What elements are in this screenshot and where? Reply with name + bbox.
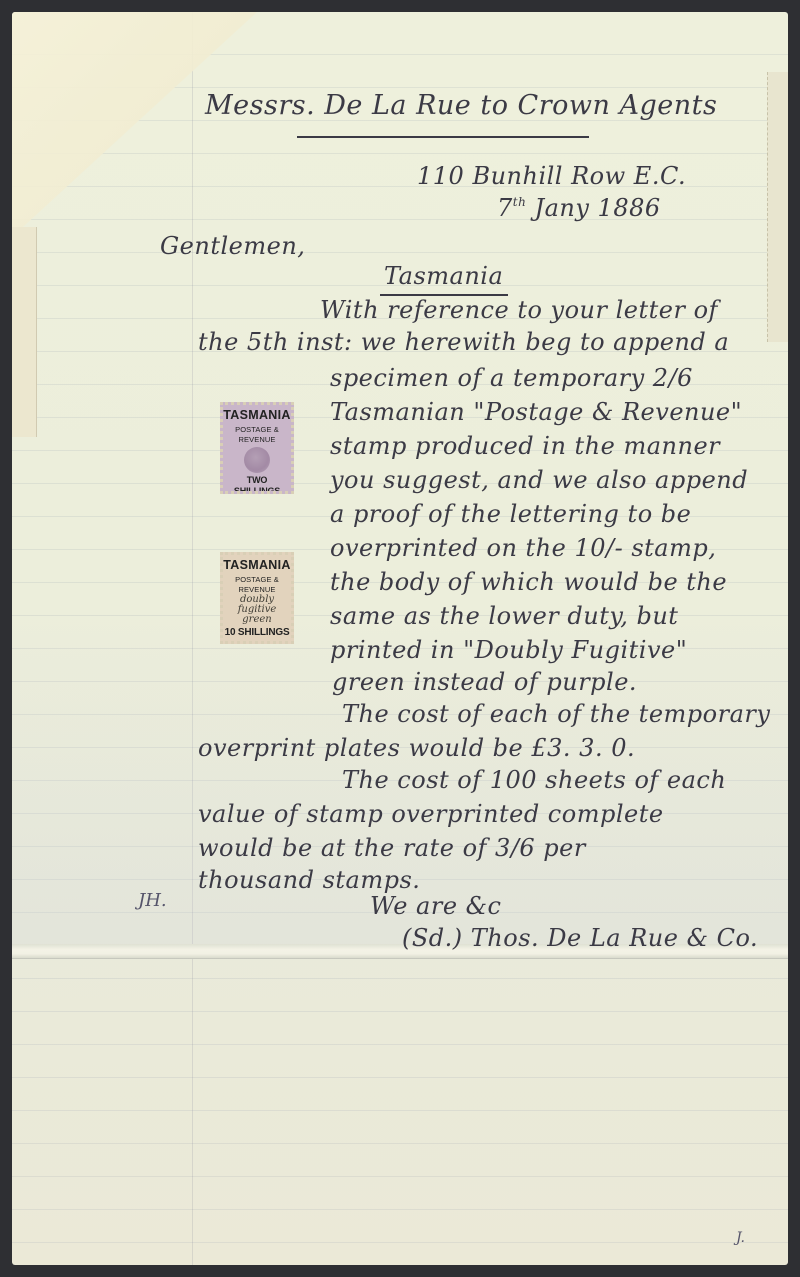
body-line: thousand stamps.	[198, 866, 420, 894]
body-line: The cost of each of the temporary	[342, 700, 770, 728]
stamp-subtitle: POSTAGE & REVENUE	[223, 575, 291, 595]
heading-underline	[297, 136, 589, 138]
body-line: the 5th inst: we herewith beg to append …	[198, 328, 729, 356]
stamp-value-line1: 10 SHILLINGS	[223, 627, 291, 638]
closing: We are &c	[370, 892, 501, 920]
right-edge-strip	[767, 72, 788, 342]
body-line: the body of which would be the	[330, 568, 727, 596]
letter-sheet: Messrs. De La Rue to Crown Agents 110 Bu…	[12, 12, 788, 1265]
folded-corner	[12, 12, 257, 237]
body-line: printed in "Doubly Fugitive"	[330, 636, 687, 664]
body-line: stamp produced in the manner	[330, 432, 720, 460]
date-day: 7	[497, 194, 513, 222]
body-line: overprinted on the 10/- stamp,	[330, 534, 716, 562]
queen-portrait-icon	[244, 447, 270, 473]
body-line: green instead of purple.	[332, 668, 637, 696]
body-line: a proof of the lettering to be	[330, 500, 691, 528]
date-month-year: Jany 1886	[534, 194, 660, 222]
stamp-two-shillings-sixpence: TASMANIA POSTAGE & REVENUE TWO SHILLINGS…	[220, 402, 294, 494]
body-line: Tasmanian "Postage & Revenue"	[330, 398, 742, 426]
subject-heading: Tasmania	[384, 262, 503, 290]
stamp-country: TASMANIA	[223, 559, 291, 572]
body-line: value of stamp overprinted complete	[198, 800, 664, 828]
body-line: same as the lower duty, but	[330, 602, 678, 630]
corner-mark: J.	[736, 1230, 745, 1246]
stamp-ten-shillings-proof: TASMANIA POSTAGE & REVENUE doubly fugiti…	[220, 552, 294, 644]
stamp-handwritten-note: green	[223, 615, 291, 625]
body-line: With reference to your letter of	[320, 296, 718, 324]
letter-heading: Messrs. De La Rue to Crown Agents	[205, 90, 717, 121]
margin-initials: JH.	[138, 890, 167, 911]
body-line: overprint plates would be £3. 3. 0.	[198, 734, 635, 762]
scan-frame: Messrs. De La Rue to Crown Agents 110 Bu…	[0, 0, 800, 1277]
letter-date: 7th Jany 1886	[497, 194, 661, 222]
body-line: would be at the rate of 3/6 per	[198, 834, 586, 862]
sender-address: 110 Bunhill Row E.C.	[417, 162, 686, 190]
body-line: specimen of a temporary 2/6	[330, 364, 693, 392]
date-day-suffix: th	[513, 195, 527, 209]
stamp-value-line1: TWO SHILLINGS	[223, 475, 291, 494]
left-edge-strip	[12, 227, 37, 437]
stamp-country: TASMANIA	[223, 409, 291, 422]
signature: (Sd.) Thos. De La Rue & Co.	[402, 924, 758, 952]
salutation: Gentlemen,	[160, 232, 305, 260]
body-line: The cost of 100 sheets of each	[342, 766, 726, 794]
body-line: you suggest, and we also append	[330, 466, 748, 494]
stamp-subtitle: POSTAGE & REVENUE	[223, 425, 291, 445]
